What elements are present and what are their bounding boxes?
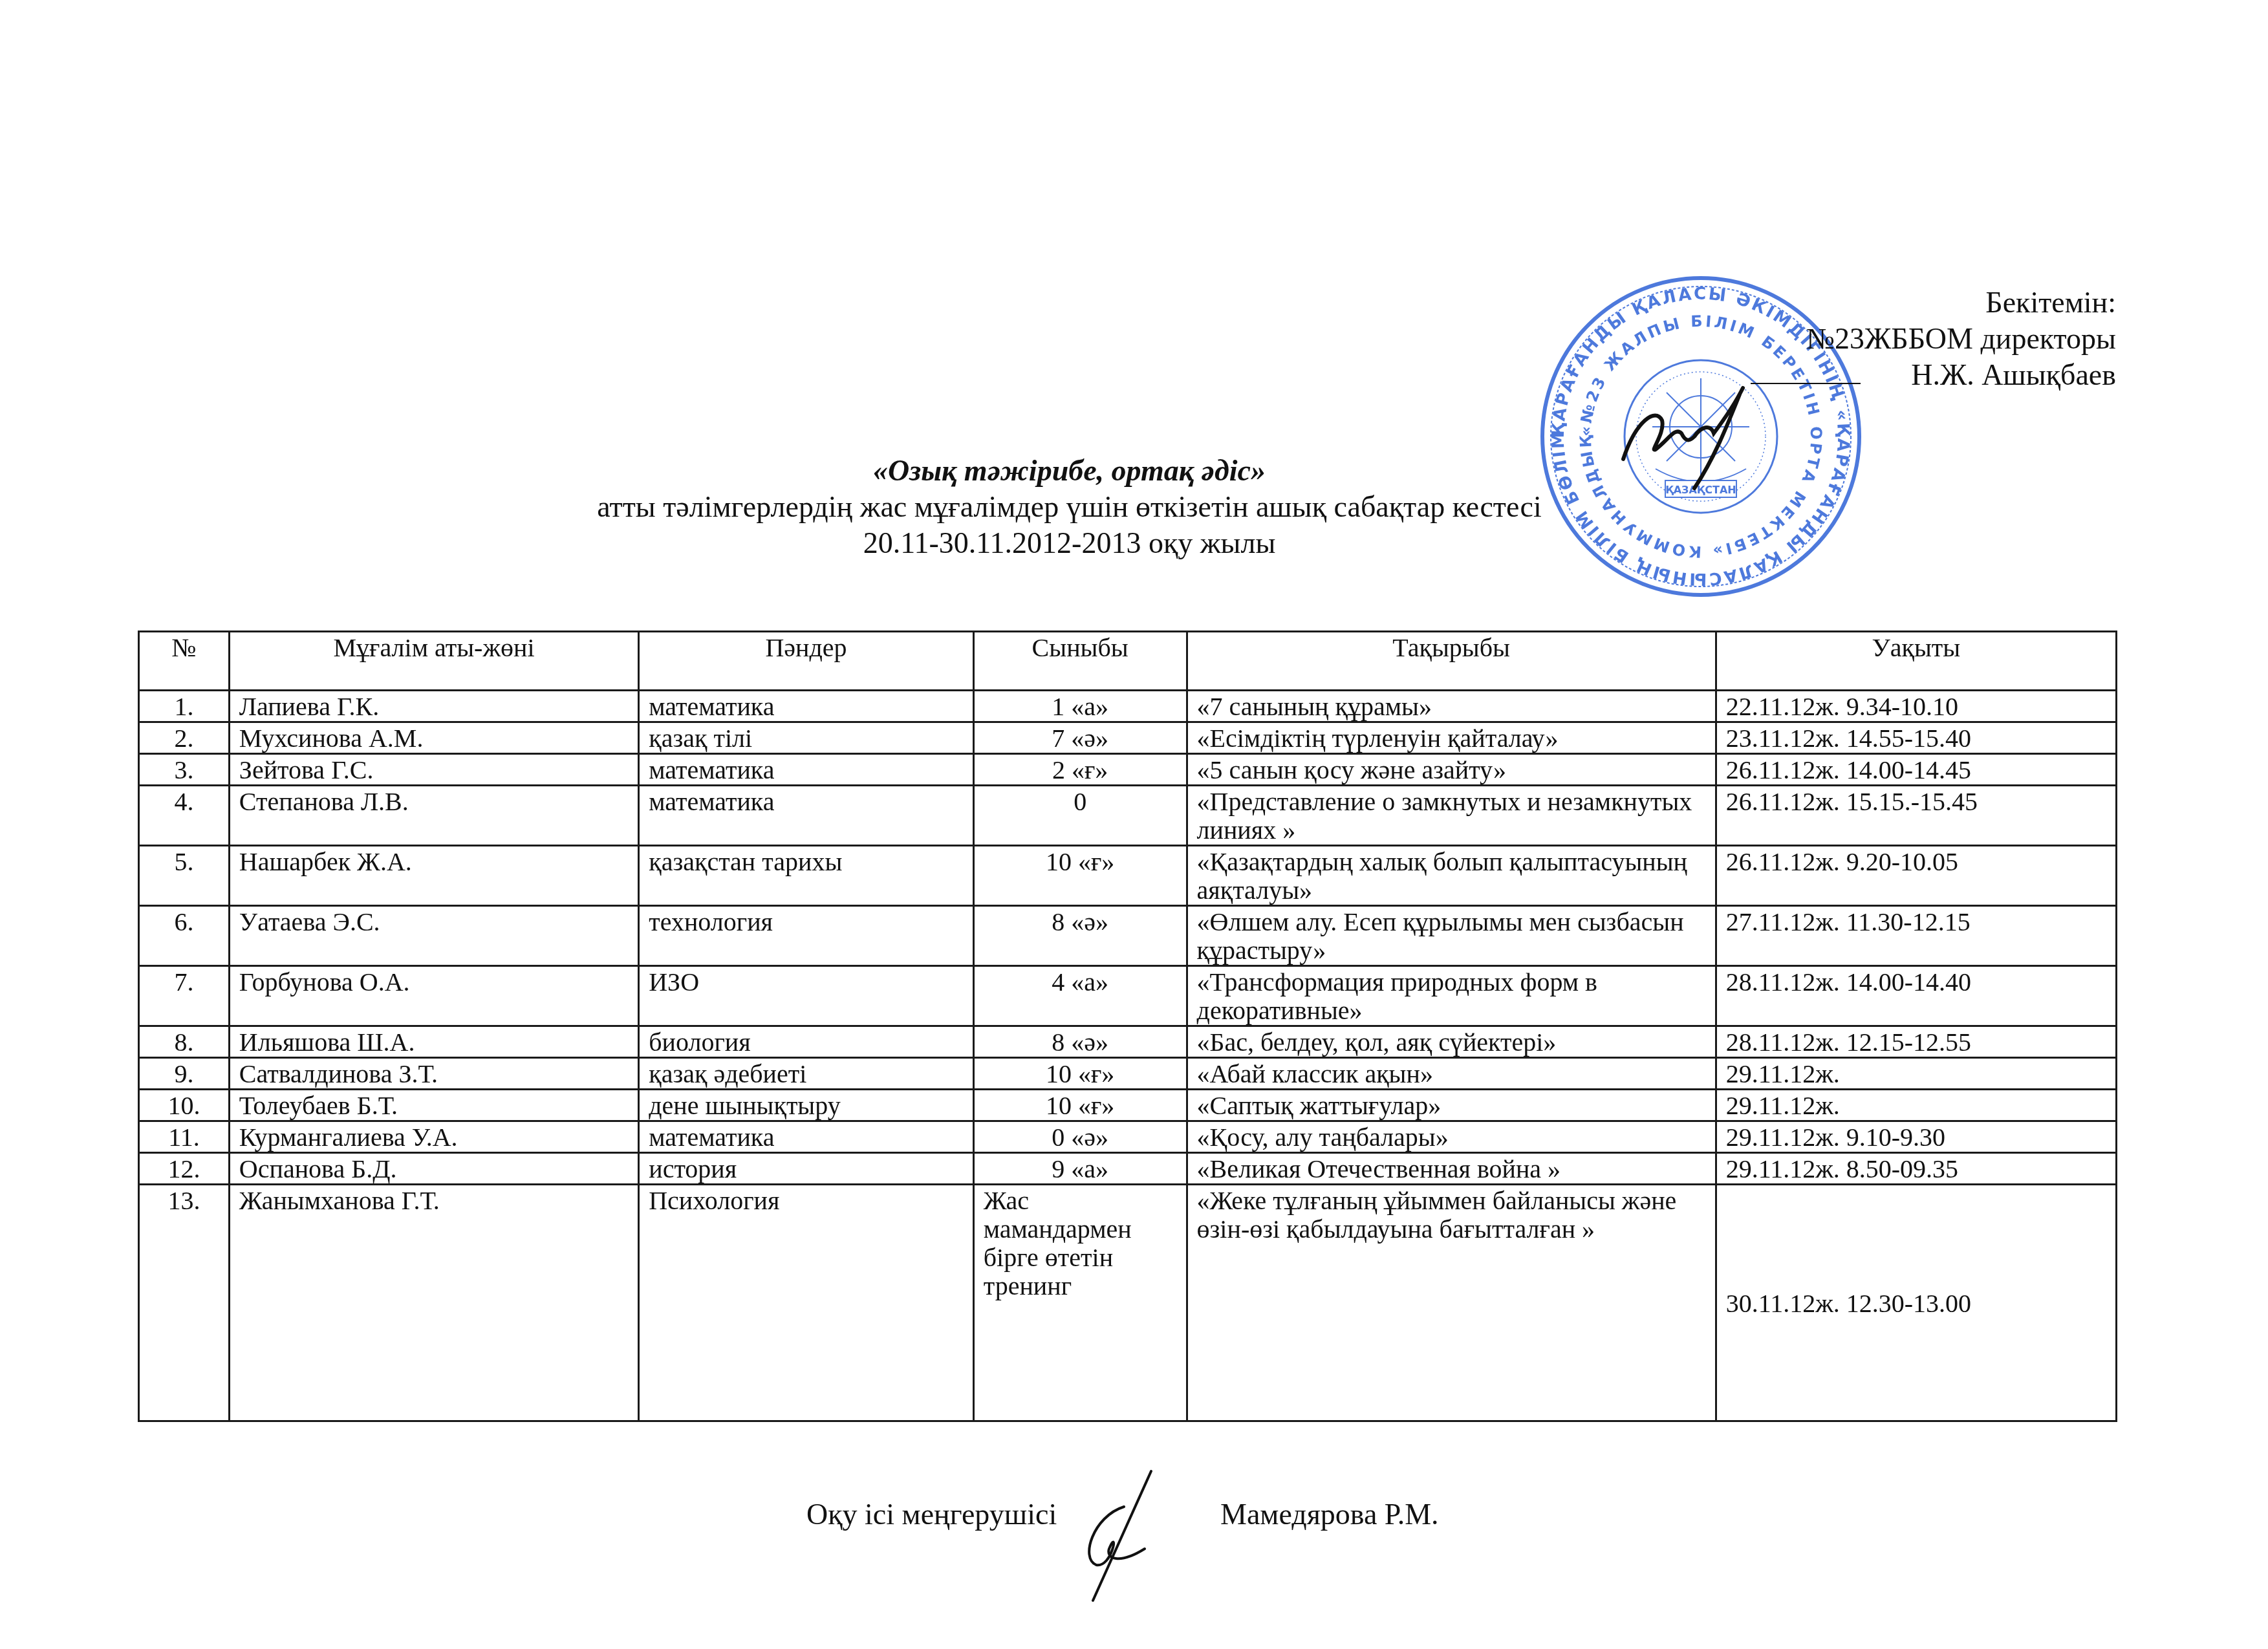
schedule-table: № Мұғалім аты-жөні Пәндер Сыныбы Тақырыб… [138, 630, 2117, 1422]
director-signature-icon [1597, 362, 1766, 491]
approval-label: Бекітемін: [1806, 285, 2116, 321]
row-subject: биология [639, 1026, 973, 1058]
row-subject: қазақ әдебиеті [639, 1058, 973, 1090]
document-title: «Озық тәжірибе, ортақ әдіс» [0, 453, 2268, 489]
document-period: 20.11-30.11.2012-2013 оқу жылы [0, 525, 2268, 561]
row-teacher: Лапиева Г.К. [229, 691, 638, 722]
row-teacher: Оспанова Б.Д. [229, 1153, 638, 1185]
row-subject: дене шынықтыру [639, 1090, 973, 1121]
row-number: 8. [139, 1026, 230, 1058]
row-time: 23.11.12ж. 14.55-15.40 [1716, 722, 2116, 754]
header-teacher: Мұғалім аты-жөні [229, 632, 638, 691]
table-row: 6.Уатаева Э.С.технология8 «ә»«Өлшем алу.… [139, 906, 2117, 966]
table-row: 8.Ильяшова Ш.А.биология8 «ә»«Бас, белдеу… [139, 1026, 2117, 1058]
row-topic: «Жеке тұлғаның ұйыммен байланысы және өз… [1187, 1185, 1716, 1421]
row-teacher: Толеубаев Б.Т. [229, 1090, 638, 1121]
row-teacher: Жанымханова Г.Т. [229, 1185, 638, 1421]
table-row: 2.Мухсинова А.М.қазақ тілі7 «ә»«Есімдікт… [139, 722, 2117, 754]
row-teacher: Нашарбек Ж.А. [229, 846, 638, 906]
header-class: Сыныбы [973, 632, 1187, 691]
row-subject: ИЗО [639, 966, 973, 1026]
row-time: 29.11.12ж. 8.50-09.35 [1716, 1153, 2116, 1185]
table-row: 4.Степанова Л.В.математика0«Представлени… [139, 786, 2117, 846]
row-number: 2. [139, 722, 230, 754]
table-row: 5.Нашарбек Ж.А.қазақстан тарихы10 «ғ»«Қа… [139, 846, 2117, 906]
table-row: 9.Сатвалдинова З.Т.қазақ әдебиеті10 «ғ»«… [139, 1058, 2117, 1090]
row-number: 7. [139, 966, 230, 1026]
row-time: 30.11.12ж. 12.30-13.00 [1716, 1185, 2116, 1421]
row-teacher: Уатаева Э.С. [229, 906, 638, 966]
row-subject: қазақ тілі [639, 722, 973, 754]
row-teacher: Ильяшова Ш.А. [229, 1026, 638, 1058]
row-number: 6. [139, 906, 230, 966]
head-teacher-signature-icon [1080, 1468, 1164, 1604]
row-topic: «7 санының құрамы» [1187, 691, 1716, 722]
row-subject: математика [639, 691, 973, 722]
row-subject: математика [639, 786, 973, 846]
table-row: 10.Толеубаев Б.Т.дене шынықтыру10 «ғ»«Са… [139, 1090, 2117, 1121]
row-topic: «5 санын қосу және азайту» [1187, 754, 1716, 786]
row-class: 2 «ғ» [973, 754, 1187, 786]
row-teacher: Мухсинова А.М. [229, 722, 638, 754]
row-subject: технология [639, 906, 973, 966]
table-row: 11.Курмангалиева У.А.математика0 «ә»«Қос… [139, 1121, 2117, 1153]
signature-line [1751, 383, 1861, 384]
row-number: 11. [139, 1121, 230, 1153]
header-time: Уақыты [1716, 632, 2116, 691]
header-subject: Пәндер [639, 632, 973, 691]
table-row: 3.Зейтова Г.С.математика2 «ғ»«5 санын қо… [139, 754, 2117, 786]
row-teacher: Горбунова О.А. [229, 966, 638, 1026]
row-class: 8 «ә» [973, 1026, 1187, 1058]
row-class: 0 [973, 786, 1187, 846]
table-row: 12.Оспанова Б.Д.история9 «а»«Великая Оте… [139, 1153, 2117, 1185]
row-time: 29.11.12ж. [1716, 1058, 2116, 1090]
document-title-block: «Озық тәжірибе, ортақ әдіс» атты тәлімге… [0, 453, 2268, 561]
row-topic: «Великая Отечественная война » [1187, 1153, 1716, 1185]
row-subject: математика [639, 754, 973, 786]
row-class: 4 «а» [973, 966, 1187, 1026]
row-teacher: Сатвалдинова З.Т. [229, 1058, 638, 1090]
row-time: 26.11.12ж. 9.20-10.05 [1716, 846, 2116, 906]
row-topic: «Представление о замкнутых и незамкнутых… [1187, 786, 1716, 846]
row-number: 3. [139, 754, 230, 786]
row-time: 27.11.12ж. 11.30-12.15 [1716, 906, 2116, 966]
row-topic: «Өлшем алу. Есеп құрылымы мен сызбасын қ… [1187, 906, 1716, 966]
row-topic: «Трансформация природных форм в декорати… [1187, 966, 1716, 1026]
table-row: 7.Горбунова О.А.ИЗО4 «а»«Трансформация п… [139, 966, 2117, 1026]
row-class: 0 «ә» [973, 1121, 1187, 1153]
header-number: № [139, 632, 230, 691]
header-topic: Тақырыбы [1187, 632, 1716, 691]
table-row: 1.Лапиева Г.К.математика1 «а»«7 санының … [139, 691, 2117, 722]
row-topic: «Есімдіктің түрленуін қайталау» [1187, 722, 1716, 754]
row-class: 9 «а» [973, 1153, 1187, 1185]
document-subtitle: атты тәлімгерлердің жас мұғалімдер үшін … [0, 489, 2268, 525]
row-subject: қазақстан тарихы [639, 846, 973, 906]
footer-name: Мамедярова Р.М. [1220, 1497, 1439, 1531]
row-time: 29.11.12ж. [1716, 1090, 2116, 1121]
row-topic: «Қазақтардың халық болып қалыптасуының а… [1187, 846, 1716, 906]
row-class: 7 «ә» [973, 722, 1187, 754]
row-subject: история [639, 1153, 973, 1185]
row-class: 10 «ғ» [973, 1058, 1187, 1090]
row-time: 28.11.12ж. 14.00-14.40 [1716, 966, 2116, 1026]
row-class: 8 «ә» [973, 906, 1187, 966]
row-number: 4. [139, 786, 230, 846]
row-number: 12. [139, 1153, 230, 1185]
row-number: 10. [139, 1090, 230, 1121]
row-time: 28.11.12ж. 12.15-12.55 [1716, 1026, 2116, 1058]
row-number: 5. [139, 846, 230, 906]
row-topic: «Бас, белдеу, қол, аяқ сүйектері» [1187, 1026, 1716, 1058]
row-time: 22.11.12ж. 9.34-10.10 [1716, 691, 2116, 722]
table-row: 13.Жанымханова Г.Т.Психология Жас маманд… [139, 1185, 2117, 1421]
row-subject: Психология [639, 1185, 973, 1421]
row-class: Жас мамандармен бірге өтетін тренинг [973, 1185, 1187, 1421]
table-header-row: № Мұғалім аты-жөні Пәндер Сыныбы Тақырыб… [139, 632, 2117, 691]
row-number: 9. [139, 1058, 230, 1090]
row-teacher: Курмангалиева У.А. [229, 1121, 638, 1153]
row-subject: математика [639, 1121, 973, 1153]
row-topic: «Қосу, алу таңбалары» [1187, 1121, 1716, 1153]
row-number: 1. [139, 691, 230, 722]
row-class: 10 «ғ» [973, 846, 1187, 906]
row-time: 26.11.12ж. 15.15.-15.45 [1716, 786, 2116, 846]
row-time: 26.11.12ж. 14.00-14.45 [1716, 754, 2116, 786]
row-topic: «Саптық жаттығулар» [1187, 1090, 1716, 1121]
approval-block: Бекітемін: №23ЖББОМ директоры Н.Ж. Ашықб… [1806, 285, 2116, 393]
row-teacher: Степанова Л.В. [229, 786, 638, 846]
row-number: 13. [139, 1185, 230, 1421]
approval-director-name: Н.Ж. Ашықбаев [1806, 357, 2116, 393]
row-class: 1 «а» [973, 691, 1187, 722]
row-time: 29.11.12ж. 9.10-9.30 [1716, 1121, 2116, 1153]
row-teacher: Зейтова Г.С. [229, 754, 638, 786]
footer-role: Оқу ісі меңгерушісі [806, 1497, 1057, 1531]
row-class: 10 «ғ» [973, 1090, 1187, 1121]
approval-position: №23ЖББОМ директоры [1806, 321, 2116, 357]
row-topic: «Абай классик ақын» [1187, 1058, 1716, 1090]
